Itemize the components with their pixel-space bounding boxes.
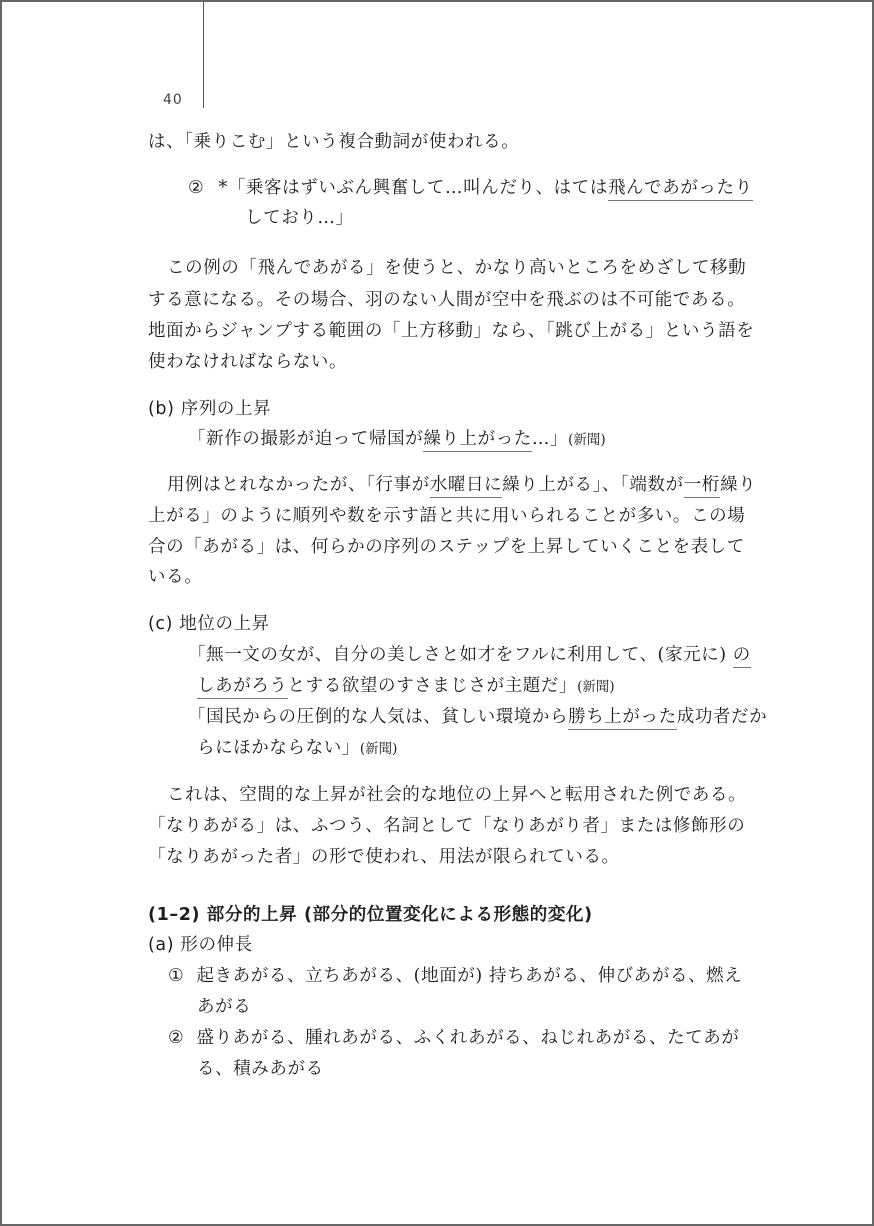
para1-line4: 使わなければならない。 <box>148 351 347 373</box>
underlined-phrase: しあがろう <box>197 676 288 699</box>
item-text: 盛りあがる、腫れあがる、ふくれあがる、ねじれあがる、たてあが <box>196 1028 739 1048</box>
underlined-phrase: 一桁 <box>684 475 720 498</box>
item-1-line1: ① 起きあがる、立ちあがる、(地面が) 持ちあがる、伸びあがる、燃え <box>168 965 742 987</box>
source-label: (新聞) <box>360 741 398 757</box>
section-a-heading: (a) 形の伸長 <box>148 934 253 956</box>
example-2-line1: ② *「乗客はずいぶん興奮して…叫んだり、はては飛んであがったり <box>188 177 753 199</box>
para2-line3: 合の「あがる」は、何らかの序列のステップを上昇していくことを表して <box>148 536 745 558</box>
underlined-phrase: 水曜日に <box>430 475 502 498</box>
para2-line1: 用例はとれなかったが、「行事が水曜日に繰り上がる」、「端数が一桁繰り <box>167 474 756 496</box>
quote-text: 「新作の撮影が迫って帰国が <box>188 429 423 449</box>
item-text: 起きあがる、立ちあがる、(地面が) 持ちあがる、伸びあがる、燃え <box>196 966 742 986</box>
source-label: (新聞) <box>568 432 606 448</box>
para-text: 繰り上がる」、「端数が <box>502 475 684 495</box>
example-2-text: 「乗客はずいぶん興奮して…叫んだり、はては <box>228 178 608 198</box>
section-c-quote2-line2: らにほかならない」(新聞) <box>197 737 397 760</box>
item-marker: ① <box>168 966 184 986</box>
item-2-line2: る、積みあがる <box>197 1058 324 1080</box>
header-vertical-rule <box>203 2 204 108</box>
para2-line2: 上がる」のように順列や数を示す語と共に用いられることが多い。この場 <box>148 505 745 527</box>
quote-text: 「無一文の女が、自分の美しさと如才をフルに利用して、(家元に) <box>188 645 727 665</box>
quote-text: とする欲望のすさまじさが主題だ」 <box>288 676 578 696</box>
item-1-line2: あがる <box>197 996 251 1018</box>
section-1-2-heading: (1–2) 部分的上昇 (部分的位置変化による形態的変化) <box>148 904 593 926</box>
underlined-phrase: 飛んであがったり <box>608 178 753 201</box>
para3-line1: これは、空間的な上昇が社会的な地位の上昇へと転用された例である。 <box>167 784 746 806</box>
para3-line2: 「なりあがる」は、ふつう、名詞として「なりあがり者」または修飾形の <box>148 815 745 837</box>
section-c-quote2-line1: 「国民からの圧倒的な人気は、貧しい環境から勝ち上がった成功者だか <box>188 706 767 728</box>
page-number: 40 <box>163 92 183 108</box>
example-marker: ② <box>188 178 204 198</box>
book-page: 40 は、「乗りこむ」という複合動詞が使われる。 ② *「乗客はずいぶん興奮して… <box>0 0 874 1226</box>
item-2-line1: ② 盛りあがる、腫れあがる、ふくれあがる、ねじれあがる、たてあが <box>168 1027 739 1049</box>
quote-text: 成功者だか <box>677 707 768 727</box>
item-marker: ② <box>168 1028 184 1048</box>
example-2-line2: しており…」 <box>245 207 354 229</box>
para1-line1: この例の「飛んであがる」を使うと、かなり高いところをめざして移動 <box>167 257 746 279</box>
section-c-quote1-line2: しあがろうとする欲望のすさまじさが主題だ」(新聞) <box>197 675 615 698</box>
section-b-heading: (b) 序列の上昇 <box>148 398 271 420</box>
para-text: 用例はとれなかったが、「行事が <box>167 475 430 495</box>
section-c-heading: (c) 地位の上昇 <box>148 613 270 635</box>
underlined-phrase: 繰り上がった <box>423 429 532 452</box>
intro-line: は、「乗りこむ」という複合動詞が使われる。 <box>148 131 519 153</box>
para3-line3: 「なりあがった者」の形で使われ、用法が限られている。 <box>148 846 620 868</box>
para-text: 繰り <box>720 475 756 495</box>
quote-text: …」 <box>532 429 568 449</box>
asterisk-mark: * <box>218 178 227 198</box>
quote-text: らにほかならない」 <box>197 738 360 758</box>
underlined-phrase: の <box>733 645 751 668</box>
section-c-quote1-line1: 「無一文の女が、自分の美しさと如才をフルに利用して、(家元に)の <box>188 644 751 666</box>
section-b-quote: 「新作の撮影が迫って帰国が繰り上がった…」(新聞) <box>188 428 606 451</box>
source-label: (新聞) <box>577 679 615 695</box>
para1-line3: 地面からジャンプする範囲の「上方移動」なら、「跳び上がる」という語を <box>148 320 754 342</box>
underlined-phrase: 勝ち上がった <box>568 707 677 730</box>
para1-line2: する意になる。その場合、羽のない人間が空中を飛ぶのは不可能である。 <box>148 289 745 311</box>
para2-line4: いる。 <box>148 566 202 588</box>
quote-text: 「国民からの圧倒的な人気は、貧しい環境から <box>188 707 568 727</box>
